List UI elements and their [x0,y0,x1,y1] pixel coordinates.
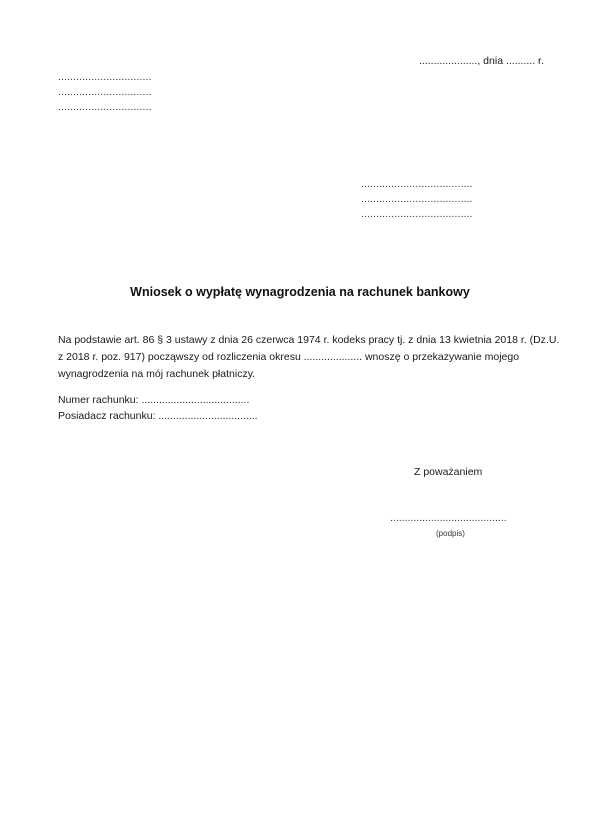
body-line-1: Na podstawie art. 86 § 3 ustawy z dnia 2… [58,332,548,349]
recipient-line-3: ..................................... [361,207,473,222]
document-title: Wniosek o wypłatę wynagrodzenia na rachu… [0,285,600,299]
sender-line-3: ............................... [58,100,152,115]
recipient-line-1: ..................................... [361,177,473,192]
place-and-date-field: ...................., dnia .......... r. [419,55,544,67]
sender-line-1: ............................... [58,70,152,85]
body-line-3: wynagrodzenia na mój rachunek płatniczy. [58,366,548,383]
closing-phrase: Z poważaniem [414,466,482,478]
account-holder-field: Posiadacz rachunku: ....................… [58,408,258,424]
account-details: Numer rachunku: ........................… [58,392,258,424]
body-line-2: z 2018 r. poz. 917) począwszy od rozlicz… [58,349,548,366]
signature-line: ........................................ [390,512,507,524]
sender-line-2: ............................... [58,85,152,100]
sender-block: ............................... ........… [58,70,152,115]
account-number-field: Numer rachunku: ........................… [58,392,258,408]
recipient-block: ..................................... ..… [361,177,473,222]
request-body: Na podstawie art. 86 § 3 ustawy z dnia 2… [58,332,548,383]
signature-label: (podpis) [436,529,465,538]
recipient-line-2: ..................................... [361,192,473,207]
